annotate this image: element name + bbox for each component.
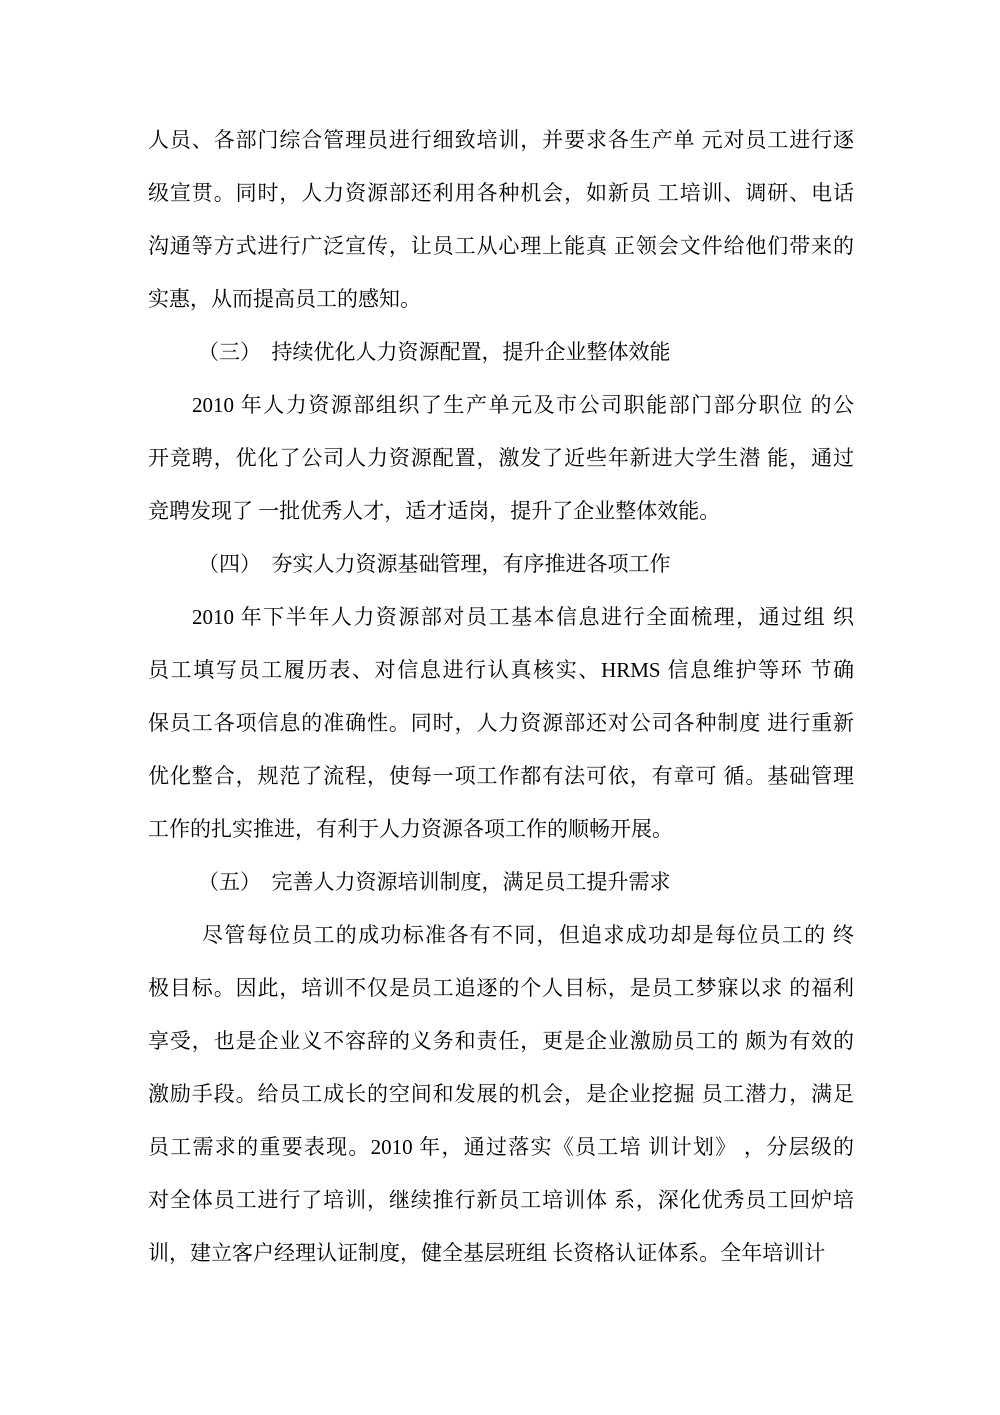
section-heading-3: （三） 持续优化人力资源配置，提升企业整体效能 xyxy=(148,326,854,379)
text-line: 工作的扎实推进，有利于人力资源各项工作的顺畅开展。 xyxy=(148,803,854,856)
text-line: 尽管每位员工的成功标准各有不同，但追求成功却是每位员工的 终 xyxy=(148,909,854,962)
text-line: 实惠，从而提高员工的感知。 xyxy=(148,273,854,326)
document-content: 人员、各部门综合管理员进行细致培训，并要求各生产单 元对员工进行逐 级宣贯。同时… xyxy=(148,114,854,1280)
text-line: 竞聘发现了 一批优秀人才，适才适岗，提升了企业整体效能。 xyxy=(148,485,854,538)
text-line: 保员工各项信息的准确性。同时，人力资源部还对公司各种制度 进行重新 xyxy=(148,697,854,750)
text-line: 员工需求的重要表现。2010 年，通过落实《员工培 训计划》 ，分层级的 xyxy=(148,1121,854,1174)
text-line: 2010 年人力资源部组织了生产单元及市公司职能部门部分职位 的公 xyxy=(148,379,854,432)
text-line: 激励手段。给员工成长的空间和发展的机会，是企业挖掘 员工潜力，满足 xyxy=(148,1068,854,1121)
text-line: 享受，也是企业义不容辞的义务和责任，更是企业激励员工的 颇为有效的 xyxy=(148,1015,854,1068)
text-line: 极目标。因此，培训不仅是员工追逐的个人目标，是员工梦寐以求 的福利 xyxy=(148,962,854,1015)
text-line: 训，建立客户经理认证制度，健全基层班组 长资格认证体系。全年培训计 xyxy=(148,1227,854,1280)
text-line: 级宣贯。同时，人力资源部还利用各种机会，如新员 工培训、调研、电话 xyxy=(148,167,854,220)
text-line: 2010 年下半年人力资源部对员工基本信息进行全面梳理，通过组 织 xyxy=(148,591,854,644)
text-line: 对全体员工进行了培训，继续推行新员工培训体 系，深化优秀员工回炉培 xyxy=(148,1174,854,1227)
text-line: 优化整合，规范了流程，使每一项工作都有法可依，有章可 循。基础管理 xyxy=(148,750,854,803)
section-heading-4: （四） 夯实人力资源基础管理，有序推进各项工作 xyxy=(148,538,854,591)
text-line: 员工填写员工履历表、对信息进行认真核实、HRMS 信息维护等环 节确 xyxy=(148,644,854,697)
text-line: 人员、各部门综合管理员进行细致培训，并要求各生产单 元对员工进行逐 xyxy=(148,114,854,167)
text-line: 开竞聘，优化了公司人力资源配置，激发了近些年新进大学生潜 能，通过 xyxy=(148,432,854,485)
document-page: 人员、各部门综合管理员进行细致培训，并要求各生产单 元对员工进行逐 级宣贯。同时… xyxy=(0,0,1000,1415)
section-heading-5: （五） 完善人力资源培训制度，满足员工提升需求 xyxy=(148,856,854,909)
text-line: 沟通等方式进行广泛宣传，让员工从心理上能真 正领会文件给他们带来的 xyxy=(148,220,854,273)
